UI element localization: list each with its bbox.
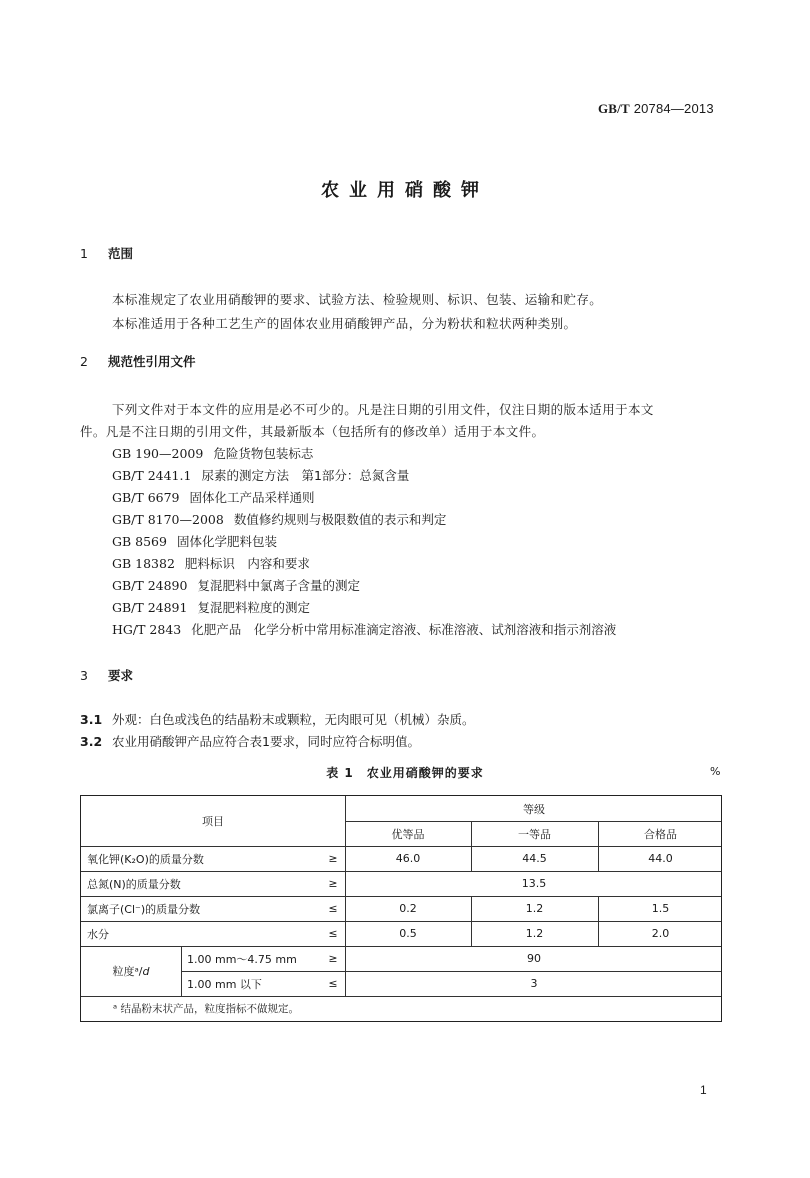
reference-item: GB/T 24891复混肥料粒度的测定	[112, 598, 310, 616]
page-number: 1	[700, 1083, 707, 1097]
section-number: 1	[80, 246, 108, 261]
requirements-table: 项目 等级 优等品 一等品 合格品 氧化钾(K₂O)的质量分数 ≥ 46.0 4…	[80, 795, 722, 1022]
granularity-range-2: 1.00 mm 以下	[181, 971, 321, 996]
row-symbol: ≤	[321, 921, 345, 946]
row-symbol: ≤	[321, 896, 345, 921]
section-number: 2	[80, 354, 108, 369]
header-grade-premium: 优等品	[345, 821, 471, 846]
value-cell-merged: 13.5	[345, 871, 723, 896]
value-cell-merged: 90	[345, 946, 723, 971]
value-cell: 1.5	[598, 896, 723, 921]
row-symbol: ≥	[321, 946, 345, 971]
reference-item: GB/T 8170—2008数值修约规则与极限数值的表示和判定	[112, 510, 446, 528]
row-item-chloride: 氯离子(Cl⁻)的质量分数	[81, 896, 321, 921]
row-item-moisture: 水分	[81, 921, 321, 946]
section-number: 3	[80, 668, 108, 683]
clause-3-1: 3.1外观：白色或浅色的结晶粉末或颗粒，无肉眼可见（机械）杂质。	[80, 710, 475, 728]
table-title: 表 1 农业用硝酸钾的要求	[0, 764, 810, 781]
reference-item: GB 8569固体化学肥料包装	[112, 532, 277, 550]
value-cell-merged: 3	[345, 971, 723, 996]
value-cell: 44.5	[471, 846, 598, 871]
section-title: 要求	[108, 668, 133, 683]
value-cell: 46.0	[345, 846, 471, 871]
clause-3-2: 3.2农业用硝酸钾产品应符合表1要求，同时应符合标明值。	[80, 732, 420, 750]
document-title: 农业用硝酸钾	[0, 176, 810, 202]
references-intro-line-2: 件。凡是不注日期的引用文件，其最新版本（包括所有的修改单）适用于本文件。	[80, 422, 544, 440]
row-item-nitrogen: 总氮(N)的质量分数	[81, 871, 321, 896]
value-cell: 44.0	[598, 846, 723, 871]
section-title: 规范性引用文件	[108, 354, 196, 369]
table-footnote: ᵃ 结晶粉末状产品，粒度指标不做规定。	[81, 996, 723, 1021]
section-title: 范围	[108, 246, 133, 261]
value-cell: 1.2	[471, 896, 598, 921]
reference-item: GB/T 6679固体化工产品采样通则	[112, 488, 315, 506]
header-grade-first: 一等品	[471, 821, 598, 846]
value-cell: 2.0	[598, 921, 723, 946]
reference-item: GB 18382肥料标识 内容和要求	[112, 554, 310, 572]
section-2-heading: 2规范性引用文件	[80, 352, 196, 370]
granularity-range-1: 1.00 mm～4.75 mm	[181, 946, 321, 971]
reference-item: GB/T 24890复混肥料中氯离子含量的测定	[112, 576, 360, 594]
references-intro-line-1: 下列文件对于本文件的应用是必不可少的。凡是注日期的引用文件，仅注日期的版本适用于…	[112, 400, 654, 418]
reference-item: GB/T 2441.1尿素的测定方法 第1部分：总氮含量	[112, 466, 409, 484]
row-symbol: ≥	[321, 871, 345, 896]
header-item: 项目	[81, 796, 345, 846]
row-item-granularity: 粒度ᵃ/d	[81, 946, 181, 996]
value-cell: 0.2	[345, 896, 471, 921]
reference-item: HG/T 2843化肥产品 化学分析中常用标准滴定溶液、标准溶液、试剂溶液和指示…	[112, 620, 616, 638]
value-cell: 0.5	[345, 921, 471, 946]
scope-paragraph-2: 本标准适用于各种工艺生产的固体农业用硝酸钾产品，分为粉状和粒状两种类别。	[112, 314, 576, 332]
scope-paragraph-1: 本标准规定了农业用硝酸钾的要求、试验方法、检验规则、标识、包装、运输和贮存。	[112, 290, 602, 308]
standard-number: GB/T 20784—2013	[598, 101, 714, 117]
standard-number-value: 20784—2013	[634, 101, 714, 116]
table-unit: %	[710, 765, 720, 778]
row-symbol: ≥	[321, 846, 345, 871]
row-item-k2o: 氧化钾(K₂O)的质量分数	[81, 846, 321, 871]
standard-number-prefix: GB/T	[598, 101, 630, 116]
header-grade-group: 等级	[345, 796, 723, 821]
reference-item: GB 190—2009危险货物包装标志	[112, 444, 313, 462]
section-1-heading: 1范围	[80, 244, 133, 262]
header-grade-qualified: 合格品	[598, 821, 723, 846]
row-symbol: ≤	[321, 971, 345, 996]
value-cell: 1.2	[471, 921, 598, 946]
section-3-heading: 3要求	[80, 666, 133, 684]
